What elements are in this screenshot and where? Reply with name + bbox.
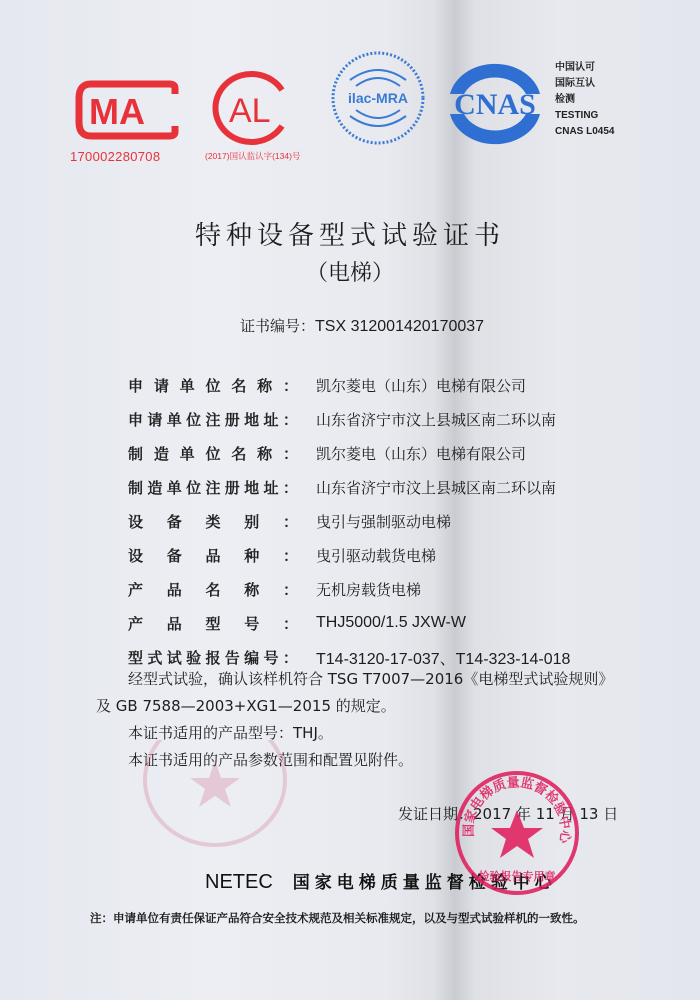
- field-label: 制造单位注册地址：: [128, 477, 298, 498]
- field-label-char: ：: [283, 443, 298, 464]
- ilac-mra-logo-icon: ilac-MRA: [330, 50, 426, 146]
- document-subtitle: （电梯）: [0, 256, 700, 287]
- faded-seal-icon: [140, 740, 290, 855]
- field-label-char: 验: [186, 647, 201, 668]
- field-label-char: 请: [147, 409, 162, 430]
- field-label-char: 册: [225, 477, 240, 498]
- field-label: 型式试验报告编号：: [128, 647, 298, 668]
- field-label-char: 备: [167, 511, 182, 532]
- cert-number-value: TSX 312001420170037: [315, 318, 484, 335]
- field-value: 无机房载货电梯: [316, 579, 421, 600]
- field-label-char: 品: [167, 613, 182, 634]
- field-label: 产品名称：: [128, 579, 298, 600]
- field-label-char: 告: [225, 647, 240, 668]
- field-label-char: 号: [244, 613, 259, 634]
- field-label-char: 式: [147, 647, 162, 668]
- cnas-line: TESTING: [555, 108, 614, 124]
- field-label-char: 位: [205, 443, 220, 464]
- field-row: 产品型号：THJ5000/1.5 JXW-W: [128, 606, 570, 640]
- field-value: 凯尔菱电（山东）电梯有限公司: [316, 443, 526, 464]
- field-label-char: ：: [283, 579, 298, 600]
- cma-number: 170002280708: [70, 149, 160, 164]
- cnas-accreditation-text: 中国认可 国际互认 检测 TESTING CNAS L0454: [555, 60, 614, 140]
- field-label: 设备类别：: [128, 511, 298, 532]
- field-label: 设备品种：: [128, 545, 298, 566]
- field-value: THJ5000/1.5 JXW-W: [316, 614, 466, 632]
- field-label-char: 设: [128, 545, 143, 566]
- field-label-char: 型: [205, 613, 220, 634]
- field-label-char: 造: [147, 477, 162, 498]
- field-label-char: ：: [283, 511, 298, 532]
- field-label-char: 制: [128, 477, 143, 498]
- field-label-char: 品: [205, 545, 220, 566]
- field-label-char: 类: [205, 511, 220, 532]
- svg-text:CNAS: CNAS: [454, 88, 536, 121]
- field-label-char: ：: [283, 613, 298, 634]
- field-label-char: 注: [205, 477, 220, 498]
- conformity-statement-line2: 及 GB 7588—2003+XG1—2015 的规定。: [96, 693, 396, 720]
- field-label-char: 单: [180, 375, 195, 396]
- field-label-char: 号: [264, 647, 279, 668]
- field-label-char: 别: [244, 511, 259, 532]
- field-label-char: 产: [128, 613, 143, 634]
- field-value: 山东省济宁市汶上县城区南二环以南: [316, 409, 556, 430]
- field-row: 申请单位名称：凯尔菱电（山东）电梯有限公司: [128, 368, 570, 402]
- cnas-line: CNAS L0454: [555, 124, 614, 140]
- certificate-number: 证书编号：TSX 312001420170037: [240, 315, 484, 336]
- field-label-char: 申: [128, 409, 143, 430]
- cert-number-label: 证书编号：: [240, 317, 315, 335]
- field-label-char: ：: [283, 375, 298, 396]
- cnas-logo-icon: CNAS: [436, 58, 554, 146]
- field-label-char: 种: [244, 545, 259, 566]
- field-label-char: 申: [128, 375, 143, 396]
- field-label-char: 址: [264, 409, 279, 430]
- field-row: 申请单位注册地址：山东省济宁市汶上县城区南二环以南: [128, 402, 570, 436]
- official-red-seal-icon: 国家电梯质量监督检验中心 检验报告专用章: [452, 768, 582, 898]
- field-label: 申请单位注册地址：: [128, 409, 298, 430]
- field-label-char: 型: [128, 647, 143, 668]
- cal-number: (2017)国认监认字(134)号: [205, 150, 300, 162]
- field-label-char: 注: [205, 409, 220, 430]
- field-row: 制造单位注册地址：山东省济宁市汶上县城区南二环以南: [128, 470, 570, 504]
- field-label-char: 地: [244, 477, 259, 498]
- field-label-char: 单: [167, 477, 182, 498]
- conformity-statement-line1: 经型式试验，确认该样机符合 TSG T7007—2016《电梯型式试验规则》: [128, 666, 613, 693]
- field-label-char: 位: [205, 375, 220, 396]
- org-abbreviation: NETEC: [205, 871, 273, 893]
- svg-text:ilac-MRA: ilac-MRA: [348, 90, 408, 106]
- field-label-char: 册: [225, 409, 240, 430]
- field-label-char: 称: [244, 579, 259, 600]
- field-label-char: 称: [257, 375, 272, 396]
- field-label-char: 位: [186, 409, 201, 430]
- field-label-char: 品: [167, 579, 182, 600]
- cma-logo-icon: MA: [75, 80, 185, 140]
- field-label-char: 称: [257, 443, 272, 464]
- field-label: 产品型号：: [128, 613, 298, 634]
- field-label-char: 备: [167, 545, 182, 566]
- field-label-char: ：: [283, 545, 298, 566]
- field-value: 山东省济宁市汶上县城区南二环以南: [316, 477, 556, 498]
- field-label: 申请单位名称：: [128, 375, 298, 396]
- field-label-char: 名: [231, 443, 246, 464]
- field-row: 设备品种：曳引驱动载货电梯: [128, 538, 570, 572]
- field-label-char: 编: [244, 647, 259, 668]
- field-label-char: 单: [167, 409, 182, 430]
- field-label-char: 单: [180, 443, 195, 464]
- field-label-char: 产: [128, 579, 143, 600]
- field-label-char: 试: [167, 647, 182, 668]
- svg-text:MA: MA: [89, 91, 145, 132]
- field-value: 凯尔菱电（山东）电梯有限公司: [316, 375, 526, 396]
- field-label-char: ：: [283, 409, 298, 430]
- field-value: 曳引与强制驱动电梯: [316, 511, 451, 532]
- field-row: 制造单位名称：凯尔菱电（山东）电梯有限公司: [128, 436, 570, 470]
- field-label-char: 名: [231, 375, 246, 396]
- svg-text:AL: AL: [229, 92, 271, 130]
- field-label-char: 设: [128, 511, 143, 532]
- field-label-char: 报: [205, 647, 220, 668]
- field-label-char: 址: [264, 477, 279, 498]
- cnas-line: 国际互认: [555, 76, 614, 92]
- field-row: 设备类别：曳引与强制驱动电梯: [128, 504, 570, 538]
- field-row: 产品名称：无机房载货电梯: [128, 572, 570, 606]
- field-label-char: ：: [283, 647, 298, 668]
- field-label-char: 制: [128, 443, 143, 464]
- field-label-char: 地: [244, 409, 259, 430]
- cal-logo-icon: AL: [212, 68, 292, 148]
- seal-inner-text: 检验报告专用章: [479, 869, 556, 883]
- field-label-char: 请: [154, 375, 169, 396]
- field-label-char: 位: [186, 477, 201, 498]
- field-label: 制造单位名称：: [128, 443, 298, 464]
- cnas-line: 中国认可: [555, 60, 614, 76]
- footnote: 注：申请单位有责任保证产品符合安全技术规范及相关标准规定，以及与型式试验样机的一…: [90, 910, 585, 926]
- field-value: 曳引驱动载货电梯: [316, 545, 436, 566]
- field-label-char: 名: [205, 579, 220, 600]
- field-label-char: 造: [154, 443, 169, 464]
- certificate-fields: 申请单位名称：凯尔菱电（山东）电梯有限公司申请单位注册地址：山东省济宁市汶上县城…: [128, 368, 570, 674]
- document-title: 特种设备型式试验证书: [0, 215, 700, 252]
- cnas-line: 检测: [555, 92, 614, 108]
- field-label-char: ：: [283, 477, 298, 498]
